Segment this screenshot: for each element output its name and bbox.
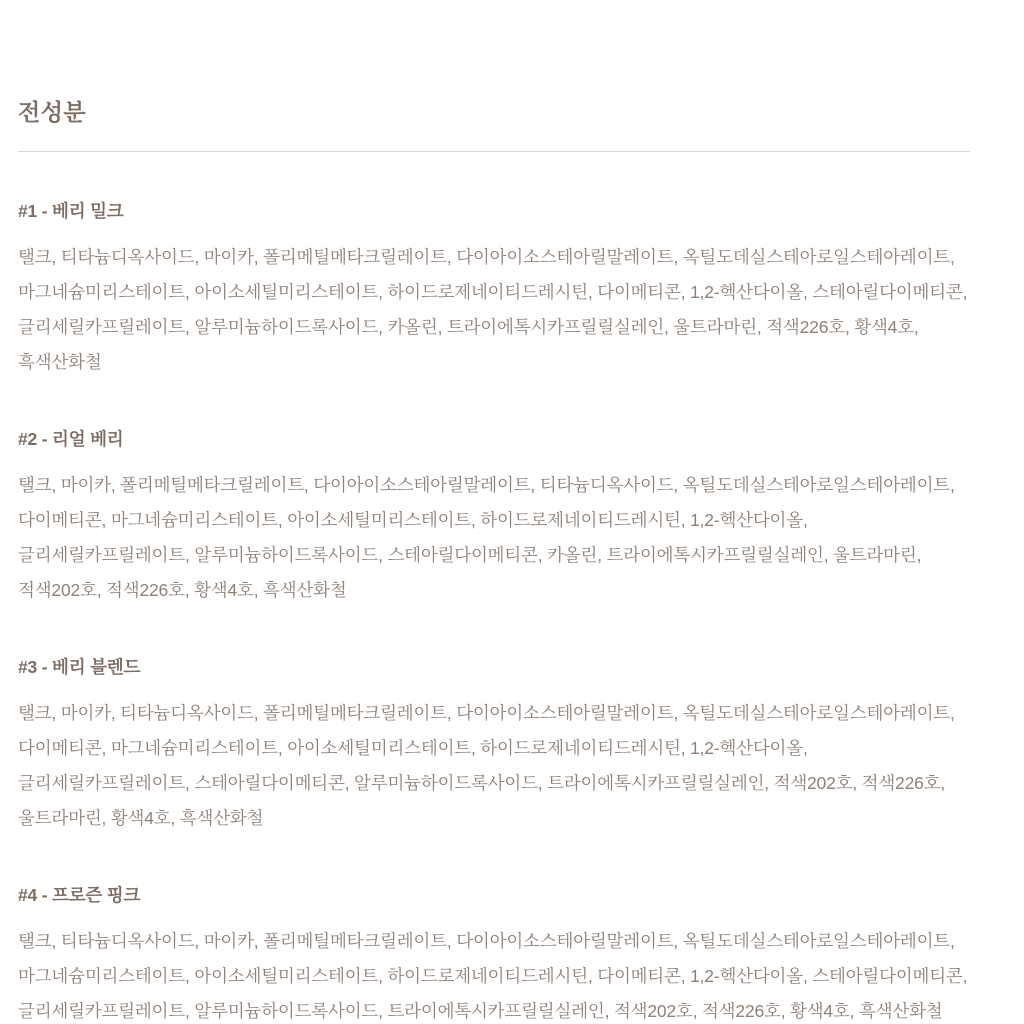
ingredient-list-4: 탤크, 티타늄디옥사이드, 마이카, 폴리메틸메타크릴레이트, 다이아이소스테아…: [18, 924, 970, 1024]
shade-heading-1: #1 - 베리 밀크: [18, 198, 970, 223]
shade-heading-4: #4 - 프로즌 핑크: [18, 882, 970, 907]
product-detail-page: 전성분 #1 - 베리 밀크 탤크, 티타늄디옥사이드, 마이카, 폴리메틸메타…: [0, 0, 1024, 1024]
page-title: 전성분: [18, 94, 970, 127]
ingredient-list-3: 탤크, 마이카, 티타늄디옥사이드, 폴리메틸메타크릴레이트, 다이아이소스테아…: [18, 696, 970, 836]
shade-section-1: #1 - 베리 밀크 탤크, 티타늄디옥사이드, 마이카, 폴리메틸메타크릴레이…: [18, 198, 970, 380]
ingredients-content: 전성분 #1 - 베리 밀크 탤크, 티타늄디옥사이드, 마이카, 폴리메틸메타…: [18, 94, 970, 1024]
shade-section-3: #3 - 베리 블렌드 탤크, 마이카, 티타늄디옥사이드, 폴리메틸메타크릴레…: [18, 654, 970, 836]
shade-heading-3: #3 - 베리 블렌드: [18, 654, 970, 679]
shade-heading-2: #2 - 리얼 베리: [18, 426, 970, 451]
ingredient-list-1: 탤크, 티타늄디옥사이드, 마이카, 폴리메틸메타크릴레이트, 다이아이소스테아…: [18, 240, 970, 380]
shade-section-2: #2 - 리얼 베리 탤크, 마이카, 폴리메틸메타크릴레이트, 다이아이소스테…: [18, 426, 970, 608]
shade-section-4: #4 - 프로즌 핑크 탤크, 티타늄디옥사이드, 마이카, 폴리메틸메타크릴레…: [18, 882, 970, 1024]
title-divider: [18, 151, 970, 152]
ingredient-list-2: 탤크, 마이카, 폴리메틸메타크릴레이트, 다이아이소스테아릴말레이트, 티타늄…: [18, 468, 970, 608]
